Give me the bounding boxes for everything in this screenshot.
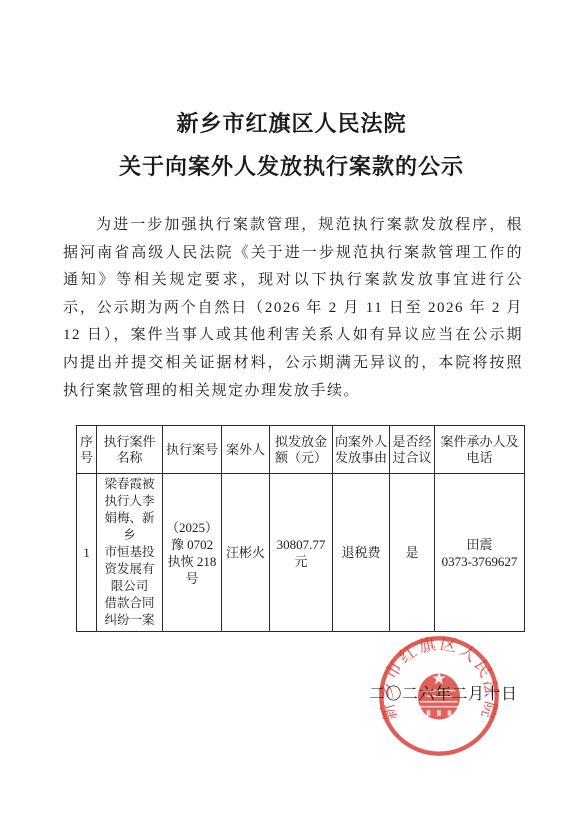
header-reason: 向案外人发放事由 — [333, 426, 390, 474]
header-case-name: 执行案件名称 — [97, 426, 163, 474]
table-row: 1 梁春霞被 执行人李 娟梅、新乡 市恒基投 资发展有 限公司 借款合同 纠纷一… — [77, 474, 525, 632]
cell-seq: 1 — [77, 474, 97, 632]
header-handler: 案件承办人及电话 — [435, 426, 525, 474]
cell-case-number: （2025） 豫 0702 执恢 218 号 — [163, 474, 222, 632]
issue-date: 二〇二六年二月十日 — [369, 681, 518, 704]
cell-outsider: 汪彬火 — [222, 474, 270, 632]
header-seq: 序号 — [77, 426, 97, 474]
document-title-block: 新乡市红旗区人民法院 关于向案外人发放执行案款的公示 — [0, 102, 583, 188]
notice-body-paragraph: 为进一步加强执行案款管理，规范执行案款发放程序，根据河南省高级人民法院《关于进一… — [63, 212, 523, 405]
header-case-number: 执行案号 — [163, 426, 222, 474]
court-name-title: 新乡市红旗区人民法院 — [0, 102, 583, 145]
notice-title: 关于向案外人发放执行案款的公示 — [0, 145, 583, 188]
table-header-row: 序号 执行案件名称 执行案号 案外人 拟发放金额（元） 向案外人发放事由 是否经… — [77, 426, 525, 474]
execution-funds-table: 序号 执行案件名称 执行案号 案外人 拟发放金额（元） 向案外人发放事由 是否经… — [76, 425, 525, 632]
cell-deliberated: 是 — [390, 474, 435, 632]
cell-handler: 田震 0373-3769627 — [435, 474, 525, 632]
header-deliberated: 是否经过合议 — [390, 426, 435, 474]
cell-amount: 30807.77 元 — [270, 474, 333, 632]
cell-case-name: 梁春霞被 执行人李 娟梅、新乡 市恒基投 资发展有 限公司 借款合同 纠纷一案 — [97, 474, 163, 632]
header-amount: 拟发放金额（元） — [270, 426, 333, 474]
cell-reason: 退税费 — [333, 474, 390, 632]
document-page: 新乡市红旗区人民法院 关于向案外人发放执行案款的公示 为进一步加强执行案款管理，… — [0, 0, 583, 824]
header-outsider: 案外人 — [222, 426, 270, 474]
